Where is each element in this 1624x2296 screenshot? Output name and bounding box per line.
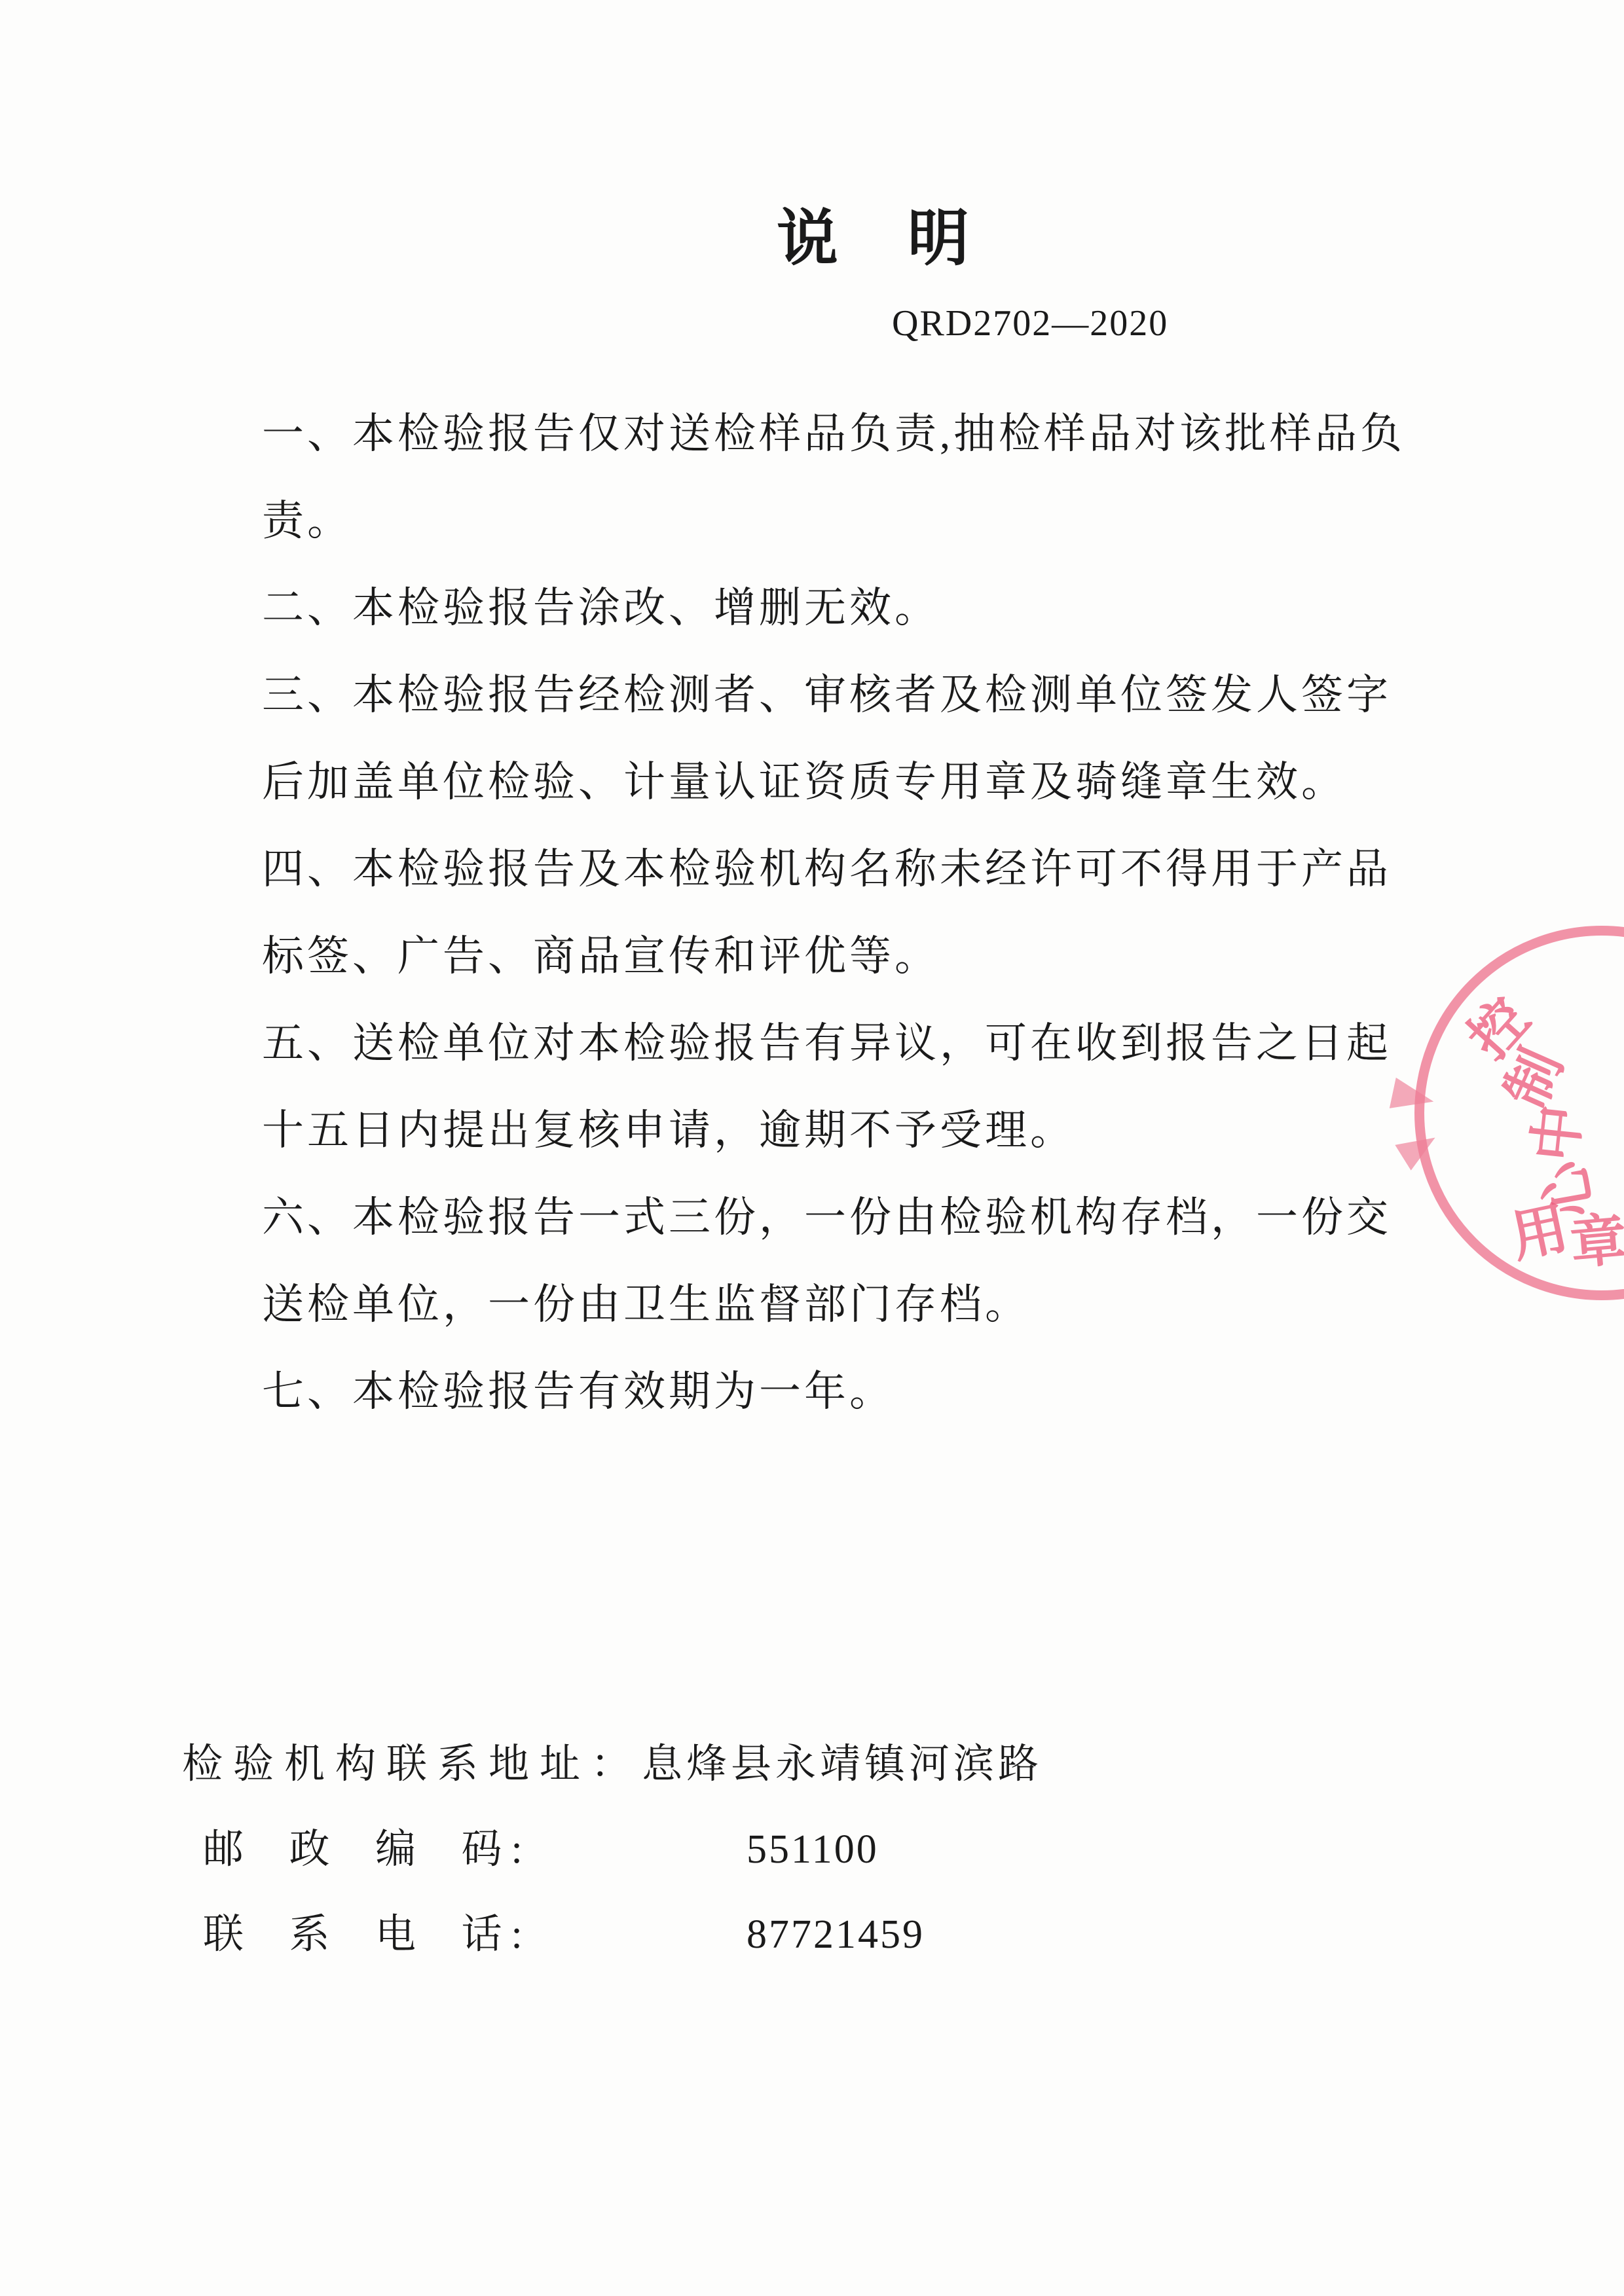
note-line-6: 四、本检验报告及本检验机构名称未经许可不得用于产品 (262, 826, 1405, 913)
note-line-5: 后加盖单位检验、计量认证资质专用章及骑缝章生效。 (262, 738, 1405, 826)
report-notes-page: 说 明 QRD2702—2020 一、本检验报告仅对送检样品负责,抽检样品对该批… (0, 0, 1624, 2296)
note-line-3: 二、本检验报告涂改、增删无效。 (262, 564, 1405, 651)
document-code: QRD2702—2020 (892, 305, 1168, 342)
note-line-12: 七、本检验报告有效期为一年。 (262, 1348, 1405, 1435)
postal-code-value: 551100 (747, 1827, 879, 1872)
page-title: 说 明 (777, 208, 973, 270)
stamp-char: 章 (1568, 1211, 1624, 1272)
stamp-ring-circle (1414, 926, 1624, 1300)
notes-body: 一、本检验报告仅对送检样品负责,抽检样品对该批样品负 责。 二、本检验报告涂改、… (262, 390, 1405, 1435)
note-line-4: 三、本检验报告经检测者、审核者及检测单位签发人签字 (262, 651, 1405, 738)
note-line-11: 送检单位，一份由卫生监督部门存档。 (262, 1261, 1405, 1348)
note-line-7: 标签、广告、商品宣传和评优等。 (262, 913, 1405, 1000)
stamp-char: 中 (1527, 1102, 1589, 1165)
phone-row: 联 系 电 话:87721459 (203, 1892, 1043, 1977)
stamp-char: 用 (1506, 1199, 1573, 1266)
stamp-char: 心 (1536, 1157, 1601, 1222)
address-row: 检验机构联系地址：息烽县永靖镇河滨路 (182, 1722, 1043, 1807)
phone-label: 联 系 电 话: (203, 1892, 747, 1977)
address-value: 息烽县永靖镇河滨路 (642, 1742, 1043, 1787)
phone-value: 87721459 (747, 1912, 925, 1957)
note-line-9: 十五日内提出复核申请，逾期不予受理。 (262, 1087, 1405, 1174)
postal-code-row: 邮 政 编 码:551100 (203, 1807, 1043, 1892)
note-line-8: 五、送检单位对本检验报告有异议，可在收到报告之日起 (262, 1000, 1405, 1087)
address-label: 检验机构联系地址： (182, 1742, 642, 1787)
contact-footer: 检验机构联系地址：息烽县永靖镇河滨路 邮 政 编 码:551100 联 系 电 … (182, 1722, 1043, 1977)
note-line-2: 责。 (262, 477, 1405, 564)
note-line-10: 六、本检验报告一式三份，一份由检验机构存档，一份交 (262, 1174, 1405, 1261)
note-line-1: 一、本检验报告仅对送检样品负责,抽检样品对该批样品负 (262, 390, 1405, 477)
stamp-char: 控 (1459, 989, 1538, 1068)
stamp-char: 制 (1497, 1041, 1572, 1116)
postal-code-label: 邮 政 编 码: (203, 1807, 747, 1892)
